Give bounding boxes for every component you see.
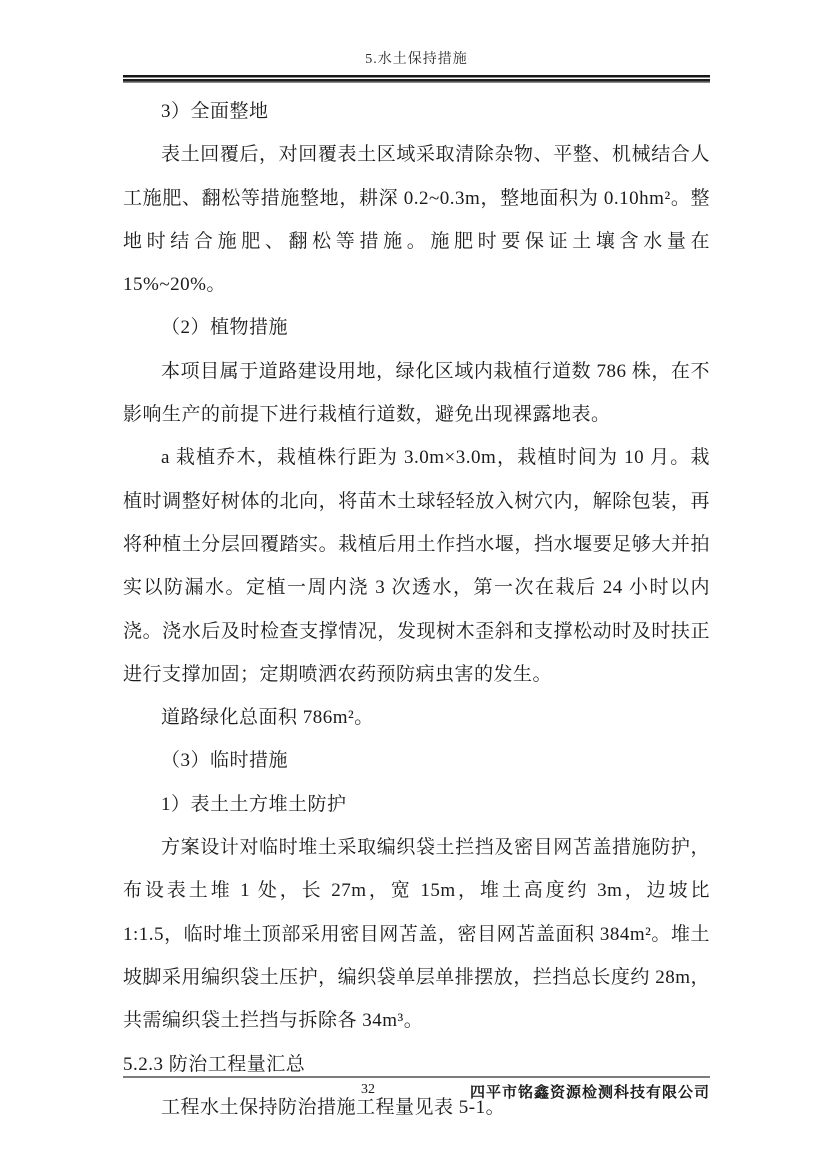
subheading-plant-measures: （2）植物措施 xyxy=(123,306,710,349)
footer-company-name: 四平市铭鑫资源检测科技有限公司 xyxy=(470,1081,710,1102)
paragraph-tree-planting: a 栽植乔木，栽植株行距为 3.0m×3.0m，栽植时间为 10 月。栽植时调整… xyxy=(123,436,710,696)
paragraph-soil-pile-protection: 方案设计对临时堆土采取编织袋土拦挡及密目网苫盖措施防护，布设表土堆 1 处，长 … xyxy=(123,826,710,1042)
subheading-full-land-preparation: 3）全面整地 xyxy=(123,90,710,133)
header-chapter-title: 5.水土保持措施 xyxy=(123,50,710,70)
page-number: 32 xyxy=(361,1082,375,1098)
header-rule xyxy=(123,75,710,83)
page-header: 5.水土保持措施 xyxy=(123,50,710,83)
paragraph-land-preparation: 表土回覆后，对回覆表土区域采取清除杂物、平整、机械结合人工施肥、翻松等措施整地，… xyxy=(123,133,710,306)
paragraph-road-greening: 本项目属于道路建设用地，绿化区域内栽植行道数 786 株，在不影响生产的前提下进… xyxy=(123,350,710,437)
document-body: 3）全面整地 表土回覆后，对回覆表土区域采取清除杂物、平整、机械结合人工施肥、翻… xyxy=(123,90,710,1129)
subheading-topsoil-protection: 1）表土土方堆土防护 xyxy=(123,783,710,826)
page-footer: 32 四平市铭鑫资源检测科技有限公司 xyxy=(123,1076,710,1108)
document-page: { "document": { "header": { "title": "5.… xyxy=(0,0,827,1169)
subheading-temporary-measures: （3）临时措施 xyxy=(123,739,710,782)
paragraph-greening-area: 道路绿化总面积 786m²。 xyxy=(123,696,710,739)
